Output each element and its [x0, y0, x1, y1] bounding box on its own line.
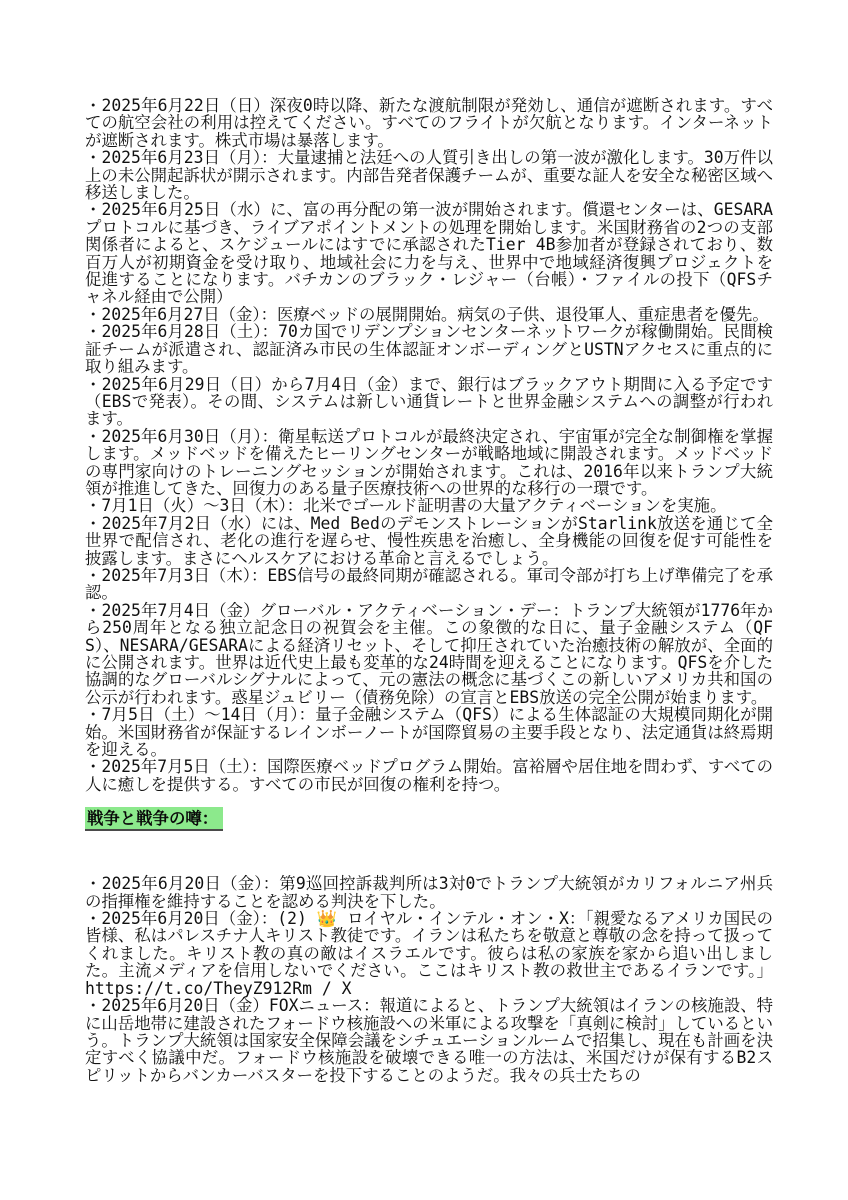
- intel-item: ・7月5日（土）～14日（月）：量子金融システム（QFS）による生体認証の大規模…: [85, 706, 773, 758]
- intel-item: ・2025年6月23日（月）：大量逮捕と法廷への人質引き出しの第一波が激化します…: [85, 149, 773, 201]
- intel-timeline-list: ・2025年6月22日（日）深夜0時以降、新たな渡航制限が発効し、通信が遮断され…: [85, 97, 773, 793]
- war-item: ・2025年6月20日（金）：第9巡回控訴裁判所は3対0でトランプ大統領がカリフ…: [85, 875, 773, 910]
- intel-item: ・2025年6月22日（日）深夜0時以降、新たな渡航制限が発効し、通信が遮断され…: [85, 97, 773, 149]
- intel-item: ・2025年6月27日（金）：医療ベッドの展開開始。病気の子供、退役軍人、重症患…: [85, 306, 773, 323]
- war-section-heading-row: 戦争と戦争の噂：: [85, 807, 773, 831]
- intel-item: ・2025年7月5日（土）：国際医療ベッドプログラム開始。富裕層や居住地を問わず…: [85, 758, 773, 793]
- document-body: ・2025年6月22日（日）深夜0時以降、新たな渡航制限が発効し、通信が遮断され…: [85, 97, 773, 1084]
- war-section-heading: 戦争と戦争の噂：: [85, 807, 223, 831]
- war-item: ・2025年6月20日（金）：(2) 👑 ロイヤル・インテル・オン・X：「親愛な…: [85, 910, 773, 997]
- intel-item: ・2025年6月28日（土）：70カ国でリデンプションセンターネットワークが稼働…: [85, 323, 773, 375]
- intel-item: ・2025年6月25日（水）に、富の再分配の第一波が開始されます。償還センターは…: [85, 201, 773, 305]
- war-rumors-list: ・2025年6月20日（金）：第9巡回控訴裁判所は3対0でトランプ大統領がカリフ…: [85, 875, 773, 1084]
- intel-item: ・2025年6月29日（日）から7月4日（金）まで、銀行はブラックアウト期間に入…: [85, 376, 773, 428]
- intel-item: ・2025年7月3日（木）：EBS信号の最終同期が確認される。軍司令部が打ち上げ…: [85, 567, 773, 602]
- intel-item: ・2025年7月4日（金）グローバル・アクティベーション・デー：トランプ大統領が…: [85, 602, 773, 706]
- intel-item: ・7月1日（火）～3日（木）：北米でゴールド証明書の大量アクティベーションを実施…: [85, 497, 773, 514]
- intel-item: ・2025年6月30日（月）：衛星転送プロトコルが最終決定され、宇宙軍が完全な制…: [85, 428, 773, 498]
- intel-item: ・2025年7月2日（水）には、Med BedのデモンストレーションがStarl…: [85, 515, 773, 567]
- war-item: ・2025年6月20日（金）FOXニュース：報道によると、トランプ大統領はイラン…: [85, 997, 773, 1084]
- document-page: ・2025年6月22日（日）深夜0時以降、新たな渡航制限が発効し、通信が遮断され…: [0, 0, 848, 1200]
